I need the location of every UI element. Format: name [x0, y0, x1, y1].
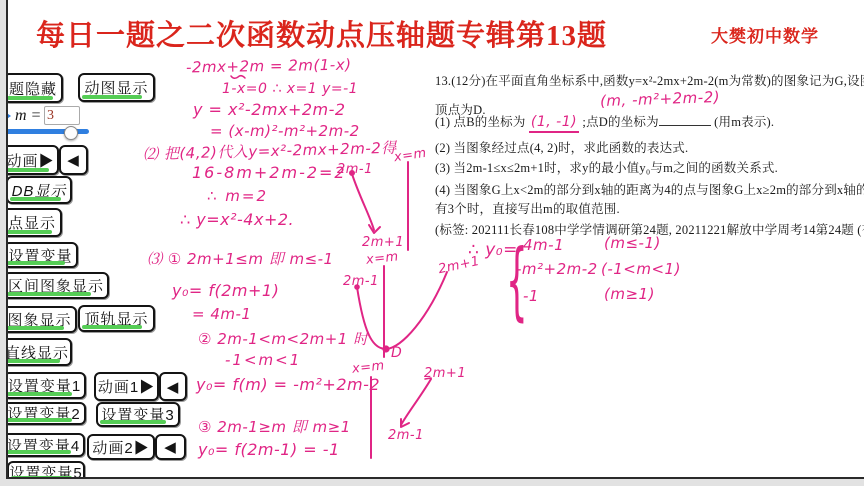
- button-animate[interactable]: 动画▶: [2, 145, 59, 175]
- handwritten-b-coordinates: (1, -1): [529, 114, 579, 133]
- handwritten-line: ⑵ 把(4,2)代入y=x²-2mx+2m-2得: [143, 137, 397, 165]
- handwritten-line: ∴ m=2: [207, 187, 268, 205]
- handwritten-line: ⑶ ① 2m+1≤m 即 m≤-1: [147, 248, 334, 269]
- button-animate-reverse[interactable]: ◀: [59, 145, 88, 175]
- sketchpad-canvas: 每日一题之二次函数动点压轴题专辑第13题 大樊初中数学 题隐藏 动图显示 m =…: [0, 0, 864, 486]
- handwritten-line: y₀= f(2m+1): [172, 281, 279, 300]
- button-set-variable-2[interactable]: 设置变量2: [2, 402, 86, 425]
- bottom-margin: [0, 479, 864, 486]
- problem-question-4-line-2: 有3个时，直接写出m的取值范围.: [435, 199, 863, 217]
- handwritten-line: -1<m<1: [225, 351, 301, 369]
- summary-row-condition: (m≤-1): [604, 234, 661, 252]
- handwritten-line: ∴ y=x²-4x+2.: [180, 210, 294, 229]
- handwritten-line: -2mx+2m = 2m(1-x): [186, 56, 352, 77]
- sketch2-vertex-label: D: [391, 345, 402, 361]
- button-set-variable-1[interactable]: 设置变量1: [3, 372, 86, 399]
- sketch1-axis-label: x=m: [393, 146, 428, 165]
- summary-row-condition: (-1<m<1): [601, 260, 681, 278]
- sketch2-axis-label: x=m: [365, 249, 399, 267]
- button-set-variable-3[interactable]: 设置变量3: [96, 402, 180, 427]
- summary-row-condition: (m≥1): [604, 285, 655, 303]
- sketch1-end-label: 2m+1: [362, 235, 404, 250]
- sketch1-start-label: 2m-1: [337, 162, 373, 177]
- q1-prefix: (1) 点B的坐标为: [435, 115, 526, 129]
- problem-question-3: (3) 当2m-1≤x≤2m+1时，求y的最小值y₀与m之间的函数关系式.: [435, 158, 863, 176]
- q1-suffix: (用m表示).: [714, 115, 774, 129]
- summary-row-value: -1: [523, 287, 539, 305]
- handwritten-line: y₀= f(m) = -m²+2m-2: [196, 375, 380, 394]
- button-show-animation[interactable]: 动图显示: [78, 73, 155, 102]
- button-hide-problem[interactable]: 题隐藏: [3, 73, 63, 103]
- button-animate-1[interactable]: 动画1▶: [94, 372, 159, 401]
- slider-m-value-input[interactable]: [44, 106, 80, 125]
- button-show-graph[interactable]: 图象显示: [2, 306, 77, 333]
- handwritten-line: y₀= f(2m-1) = -1: [198, 440, 340, 459]
- handwritten-line: y = x²-2mx+2m-2: [193, 100, 346, 119]
- button-show-points[interactable]: 点显示: [2, 208, 62, 237]
- handwritten-line: = 4m-1: [192, 305, 251, 323]
- button-animate-1-reverse[interactable]: ◀: [159, 372, 187, 401]
- slider-m-handle[interactable]: [64, 126, 78, 140]
- button-animate-2-reverse[interactable]: ◀: [155, 434, 186, 460]
- answer-blank: [659, 114, 711, 126]
- button-show-vertex-track[interactable]: 顶轨显示: [78, 305, 155, 332]
- slider-m-label: m =: [15, 107, 41, 125]
- page-title: 每日一题之二次函数动点压轴题专辑第13题: [36, 13, 716, 54]
- summary-row-value: -m²+2m-2: [516, 260, 598, 278]
- button-set-variable[interactable]: 设置变量: [3, 242, 78, 268]
- sketch3-bottom-label: 2m-1: [388, 428, 424, 443]
- handwritten-line: ③ 2m-1≥m 即 m≥1: [198, 416, 351, 437]
- button-set-variable-4[interactable]: 设置变量4: [2, 433, 85, 457]
- button-show-db[interactable]: DB显示: [6, 176, 72, 204]
- handwritten-line: 1-x=0 ∴ x=1 y=-1: [222, 81, 358, 97]
- handwritten-line: 16-8m+2m-2=2: [192, 163, 347, 182]
- sketch3-top-label: 2m+1: [424, 366, 466, 381]
- sketch3-axis-label: x=m: [351, 358, 385, 376]
- button-show-line[interactable]: 直线显示: [2, 338, 72, 366]
- problem-question-2: (2) 当图象经过点(4, 2)时，求此函数的表达式.: [435, 138, 863, 156]
- summary-row-value: 4m-1: [523, 236, 564, 254]
- sketch2-left-label: 2m-1: [343, 274, 379, 289]
- problem-question-1: (1) 点B的坐标为 (1, -1) ;点D的坐标为 (用m表示).: [435, 112, 863, 130]
- button-show-interval-graph[interactable]: 区间图象显示: [3, 272, 109, 299]
- problem-line-1: 13.(12分)在平面直角坐标系中,函数y=x²-2mx+2m-2(m为常数)的…: [435, 71, 863, 89]
- left-border-line: [6, 0, 8, 478]
- handwritten-line: ② 2m-1<m<2m+1 时: [198, 328, 369, 349]
- problem-question-4-line-1: (4) 当图象G上x<2m的部分到x轴的距离为4的点与图象G上x≥2m的部分到x…: [435, 180, 863, 198]
- channel-title: 大樊初中数学: [711, 22, 819, 47]
- q1-mid: ;点D的坐标为: [582, 115, 658, 129]
- button-animate-2[interactable]: 动画2▶: [87, 434, 155, 460]
